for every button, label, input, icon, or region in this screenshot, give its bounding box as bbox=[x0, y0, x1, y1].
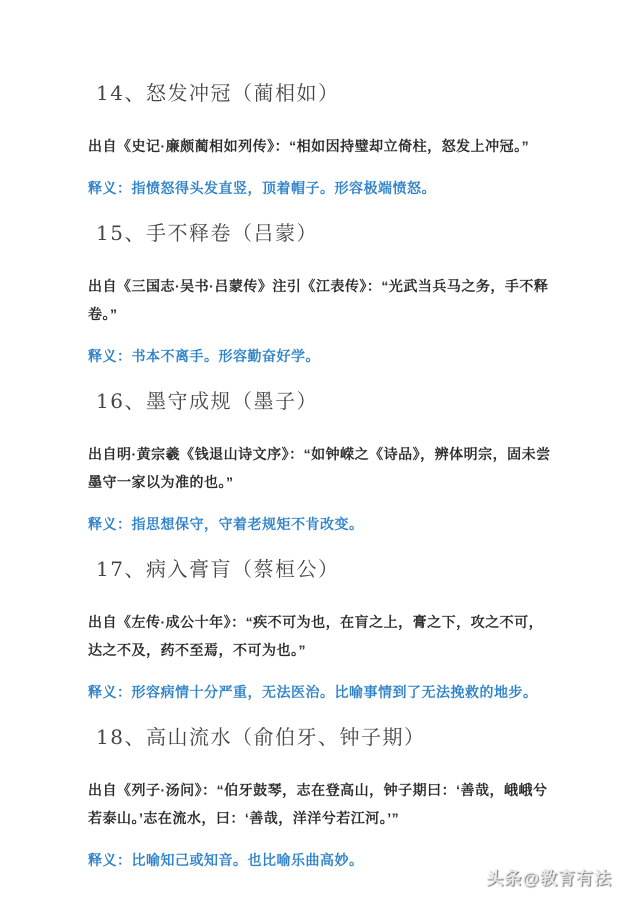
idiom-source: 出自《列子·汤问》：“伯牙鼓琴，志在登高山，钟子期曰：‘善哉，峨峨兮若泰山。’志… bbox=[88, 776, 554, 832]
definition-text: 形容病情十分严重，无法医治。比喻事情到了无法挽救的地步。 bbox=[132, 684, 538, 700]
idiom-definition: 释义：指思想保守，守着老规矩不肯改变。 bbox=[88, 510, 554, 538]
idiom-heading: 16、墨守成规（墨子） bbox=[96, 388, 554, 414]
idiom-source: 出自明·黄宗羲《钱退山诗文序》：“如钟嵘之《诗品》，辨体明宗，固未尝墨守一家以为… bbox=[88, 440, 554, 496]
definition-label: 释义： bbox=[88, 852, 132, 868]
idiom-heading: 17、病入膏肓（蔡桓公） bbox=[96, 556, 554, 582]
definition-text: 指愤怒得头发直竖，顶着帽子。形容极端愤怒。 bbox=[132, 180, 437, 196]
idiom-source: 出自《三国志·吴书·吕蒙传》注引《江表传》：“光武当兵马之务，手不释卷。” bbox=[88, 272, 554, 328]
idiom-entry: 17、病入膏肓（蔡桓公） 出自《左传·成公十年》：“疾不可为也，在肓之上，膏之下… bbox=[88, 556, 554, 706]
idiom-heading: 18、高山流水（俞伯牙、钟子期） bbox=[96, 724, 554, 750]
idiom-definition: 释义：形容病情十分严重，无法医治。比喻事情到了无法挽救的地步。 bbox=[88, 678, 554, 706]
idiom-entry: 16、墨守成规（墨子） 出自明·黄宗羲《钱退山诗文序》：“如钟嵘之《诗品》，辨体… bbox=[88, 388, 554, 538]
definition-text: 书本不离手。形容勤奋好学。 bbox=[132, 348, 321, 364]
idiom-source: 出自《左传·成公十年》：“疾不可为也，在肓之上，膏之下，攻之不可，达之不及，药不… bbox=[88, 608, 554, 664]
idiom-entry: 14、怒发冲冠（蔺相如） 出自《史记·廉颇蔺相如列传》：“相如因持璧却立倚柱，怒… bbox=[88, 80, 554, 202]
toutiao-watermark: 头条@教育有法 bbox=[486, 864, 612, 889]
idiom-entry: 15、手不释卷（吕蒙） 出自《三国志·吴书·吕蒙传》注引《江表传》：“光武当兵马… bbox=[88, 220, 554, 370]
definition-label: 释义： bbox=[88, 180, 132, 196]
idiom-definition: 释义：比喻知己或知音。也比喻乐曲高妙。 bbox=[88, 846, 554, 874]
definition-label: 释义： bbox=[88, 516, 132, 532]
definition-label: 释义： bbox=[88, 348, 132, 364]
definition-text: 指思想保守，守着老规矩不肯改变。 bbox=[132, 516, 364, 532]
watermark-handle: @教育有法 bbox=[522, 869, 612, 888]
idiom-entry: 18、高山流水（俞伯牙、钟子期） 出自《列子·汤问》：“伯牙鼓琴，志在登高山，钟… bbox=[88, 724, 554, 874]
idiom-heading: 15、手不释卷（吕蒙） bbox=[96, 220, 554, 246]
idiom-source: 出自《史记·廉颇蔺相如列传》：“相如因持璧却立倚柱，怒发上冲冠。” bbox=[88, 132, 554, 160]
definition-text: 比喻知己或知音。也比喻乐曲高妙。 bbox=[132, 852, 364, 868]
idiom-definition: 释义：书本不离手。形容勤奋好学。 bbox=[88, 342, 554, 370]
idiom-heading: 14、怒发冲冠（蔺相如） bbox=[96, 80, 554, 106]
article-page: 14、怒发冲冠（蔺相如） 出自《史记·廉颇蔺相如列传》：“相如因持璧却立倚柱，怒… bbox=[0, 0, 640, 905]
watermark-platform-label: 头条 bbox=[486, 869, 522, 888]
definition-label: 释义： bbox=[88, 684, 132, 700]
idiom-definition: 释义：指愤怒得头发直竖，顶着帽子。形容极端愤怒。 bbox=[88, 174, 554, 202]
